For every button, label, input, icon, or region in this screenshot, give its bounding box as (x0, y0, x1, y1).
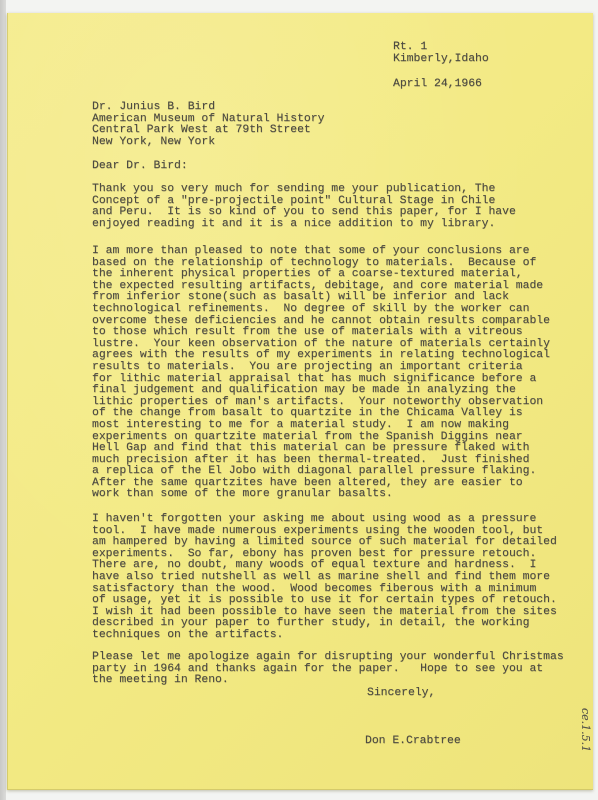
letter-paragraph-3: I haven't forgotten your asking me about… (92, 514, 557, 642)
recipient-address: Dr. Junius B. Bird American Museum of Na… (92, 102, 324, 148)
catalog-annotation: ce.1.5.1 (579, 698, 591, 762)
scan-edge-strip (0, 0, 6, 800)
letter-paragraph-4: Please let me apologize again for disrup… (92, 652, 564, 687)
salutation: Dear Dr. Bird: (92, 161, 188, 173)
signature: Don E.Crabtree (365, 736, 461, 748)
letter-paper: Rt. 1 Kimberly,Idaho April 24,1966 Dr. J… (7, 13, 593, 790)
letter-paragraph-1: Thank you so very much for sending me yo… (92, 184, 516, 230)
date-line: April 24,1966 (393, 79, 482, 91)
letter-paragraph-2: I am more than pleased to note that some… (92, 246, 550, 501)
sender-address: Rt. 1 Kimberly,Idaho (393, 42, 489, 65)
closing: Sincerely, (367, 688, 435, 700)
scan-background: Rt. 1 Kimberly,Idaho April 24,1966 Dr. J… (0, 0, 598, 800)
